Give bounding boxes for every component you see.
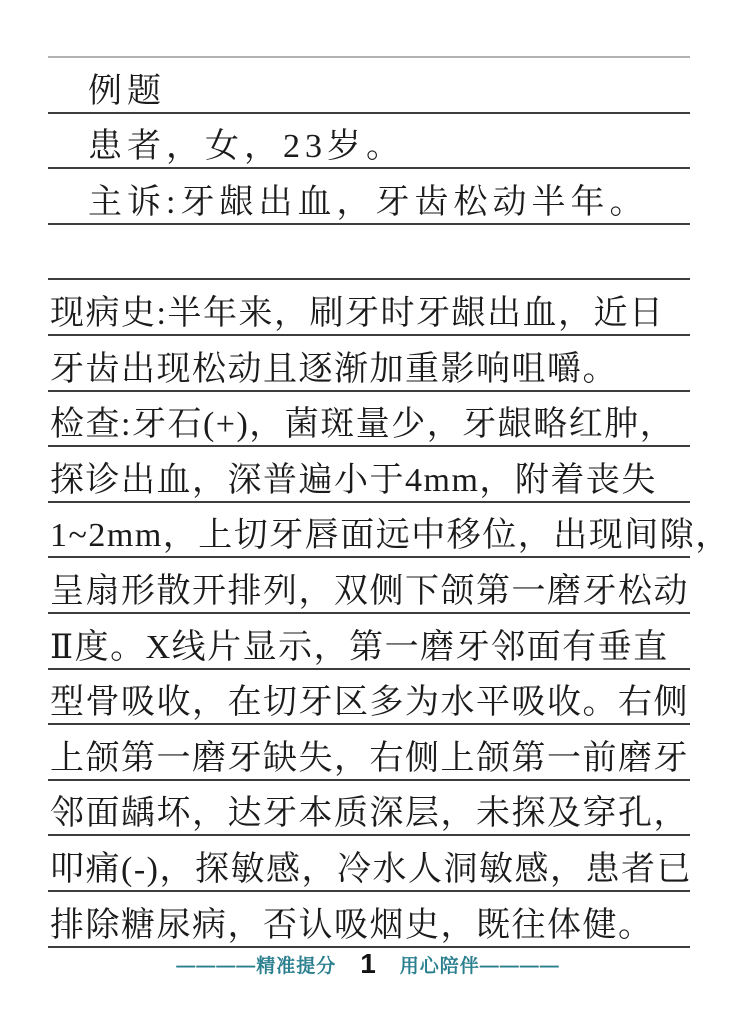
notebook-line-text: 探诊出血，深普遍小于4mm，附着丧失 xyxy=(50,464,657,498)
notebook-line-text: 例题 xyxy=(88,75,166,109)
notebook-line-text: 上颌第一磨牙缺失，右侧上颌第一前磨牙 xyxy=(50,742,689,776)
notebook-line: 1~2mm，上切牙唇面远中移位，出现间隙， xyxy=(48,503,690,559)
notebook-line: 主诉:牙龈出血，牙齿松动半年。 xyxy=(48,169,690,225)
notebook-line-text: 叩痛(-)，探敏感，冷水人洞敏感，患者已 xyxy=(50,853,692,887)
notebook-line-text: 邻面龋坏，达牙本质深层，未探及穿孔， xyxy=(50,797,689,831)
footer-right-label: 用心陪伴———— xyxy=(400,951,560,978)
notebook-line: 探诊出血，深普遍小于4mm，附着丧失 xyxy=(48,447,690,503)
notebook-line: 呈扇形散开排列，双侧下颌第一磨牙松动 xyxy=(48,558,690,614)
notebook-line: 检查:牙石(+)，菌斑量少，牙龈略红肿， xyxy=(48,392,690,448)
notebook-line-text: Ⅱ度。X线片显示，第一磨牙邻面有垂直 xyxy=(50,631,669,665)
notebook-line: 例题 xyxy=(48,58,690,114)
notebook-line: Ⅱ度。X线片显示，第一磨牙邻面有垂直 xyxy=(48,614,690,670)
notebook-line: 排除糖尿病，否认吸烟史，既往体健。 xyxy=(48,892,690,948)
page-footer: ————精准提分 1 用心陪伴———— xyxy=(0,942,736,986)
notebook-line: 邻面龋坏，达牙本质深层，未探及穿孔， xyxy=(48,781,690,837)
notebook-line-text: 型骨吸收，在切牙区多为水平吸收。右侧 xyxy=(50,686,689,720)
notebook-page: 例题患者，女，23岁。主诉:牙龈出血，牙齿松动半年。现病史:半年来，刷牙时牙龈出… xyxy=(0,0,736,1011)
notebook-line-text: 1~2mm，上切牙唇面远中移位，出现间隙， xyxy=(50,519,731,553)
notebook-line-text: 患者，女，23岁。 xyxy=(88,130,405,164)
notebook-line-text: 检查:牙石(+)，菌斑量少，牙龈略红肿， xyxy=(50,408,675,442)
notebook-line-text: 现病史:半年来，刷牙时牙龈出血，近日 xyxy=(50,297,664,331)
notebook-line: 叩痛(-)，探敏感，冷水人洞敏感，患者已 xyxy=(48,836,690,892)
notebook-line-text: 主诉:牙龈出血，牙齿松动半年。 xyxy=(88,186,648,220)
page-number: 1 xyxy=(360,950,376,978)
notebook-line: 患者，女，23岁。 xyxy=(48,114,690,170)
ruled-paper: 例题患者，女，23岁。主诉:牙龈出血，牙齿松动半年。现病史:半年来，刷牙时牙龈出… xyxy=(48,56,690,948)
notebook-line: 上颌第一磨牙缺失，右侧上颌第一前磨牙 xyxy=(48,725,690,781)
footer-left-label: ————精准提分 xyxy=(176,951,336,978)
notebook-line-text: 排除糖尿病，否认吸烟史，既往体健。 xyxy=(50,909,654,943)
notebook-line-text: 牙齿出现松动且逐渐加重影响咀嚼。 xyxy=(50,353,618,387)
notebook-line-text: 呈扇形散开排列，双侧下颌第一磨牙松动 xyxy=(50,575,689,609)
notebook-line: 牙齿出现松动且逐渐加重影响咀嚼。 xyxy=(48,336,690,392)
notebook-line-empty xyxy=(48,225,690,281)
notebook-line: 现病史:半年来，刷牙时牙龈出血，近日 xyxy=(48,280,690,336)
notebook-line: 型骨吸收，在切牙区多为水平吸收。右侧 xyxy=(48,670,690,726)
